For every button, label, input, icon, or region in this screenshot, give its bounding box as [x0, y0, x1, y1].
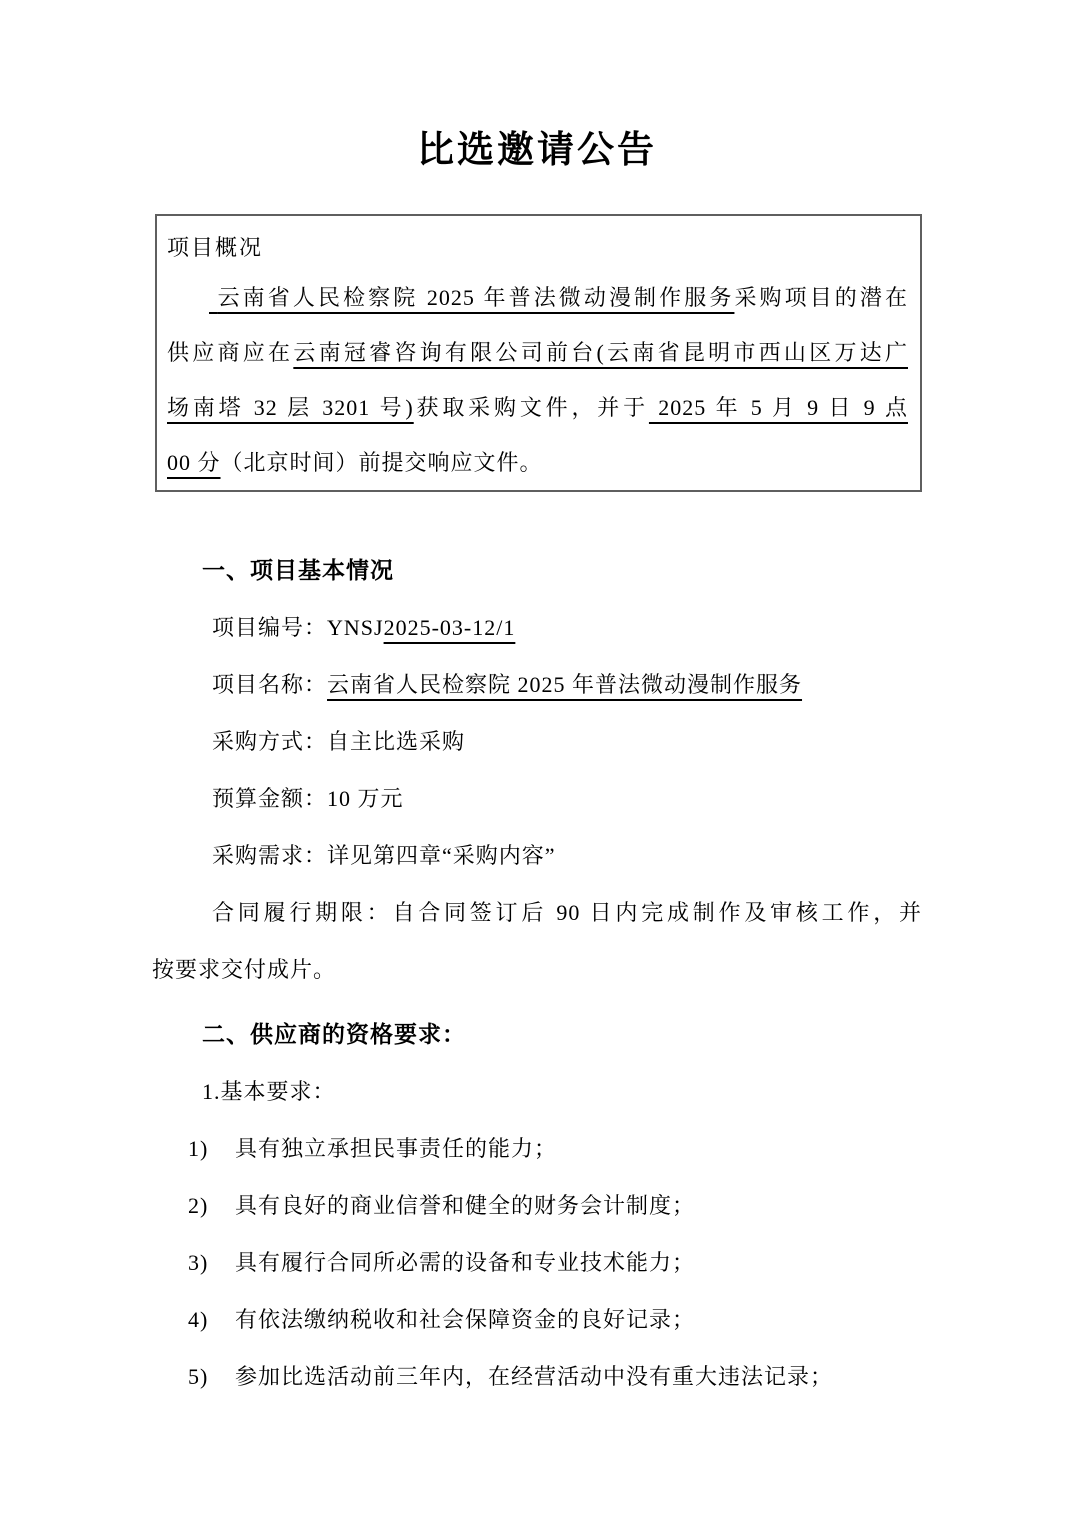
plain-text: 获取采购文件，并于: [414, 395, 649, 420]
list-item: 5)参加比选活动前三年内，在经营活动中没有重大违法记录；: [152, 1348, 922, 1405]
section-heading-basic-info: 一、项目基本情况: [152, 542, 922, 599]
list-item-text: 参加比选活动前三年内，在经营活动中没有重大违法记录；: [235, 1364, 833, 1389]
list-item-text: 有依法缴纳税收和社会保障资金的良好记录；: [235, 1307, 695, 1332]
list-item-number: 2): [188, 1177, 235, 1234]
underlined-agency-address: 云南冠睿咨询有限公司前台(云南省昆明市西山区万达广: [293, 340, 908, 365]
list-item: 3)具有履行合同所必需的设备和专业技术能力；: [152, 1234, 922, 1291]
row-project-name: 项目名称：云南省人民检察院 2025 年普法微动漫制作服务: [152, 656, 922, 713]
document-page: 比选邀请公告 项目概况 云南省人民检察院 2025 年普法微动漫制作服务采购项目…: [0, 0, 1074, 1520]
list-item-text: 具有履行合同所必需的设备和专业技术能力；: [235, 1250, 695, 1275]
list-item-number: 4): [188, 1291, 235, 1348]
underlined-project-number: 2025-03-12/1: [384, 615, 516, 640]
project-overview-box: 项目概况 云南省人民检察院 2025 年普法微动漫制作服务采购项目的潜在 供应商…: [155, 214, 922, 492]
list-item: 2)具有良好的商业信誉和健全的财务会计制度；: [152, 1177, 922, 1234]
overview-line: 供应商应在云南冠睿咨询有限公司前台(云南省昆明市西山区万达广: [167, 325, 908, 380]
overview-line: 00 分（北京时间）前提交响应文件。: [167, 435, 908, 490]
list-item-number: 1): [188, 1120, 235, 1177]
list-item-text: 具有良好的商业信誉和健全的财务会计制度；: [235, 1193, 695, 1218]
overview-line: 云南省人民检察院 2025 年普法微动漫制作服务采购项目的潜在: [167, 270, 908, 325]
row-contract-period-line1: 合同履行期限：自合同签订后 90 日内完成制作及审核工作，并: [152, 884, 922, 941]
plain-text: 采购项目的潜在: [734, 285, 908, 310]
section-heading-supplier-qualification: 二、供应商的资格要求：: [152, 1006, 922, 1063]
row-contract-period-line2: 按要求交付成片。: [152, 941, 922, 998]
underlined-project-name: 云南省人民检察院 2025 年普法微动漫制作服务: [327, 672, 802, 697]
list-item-text: 具有独立承担民事责任的能力；: [235, 1136, 557, 1161]
list-item: 1)具有独立承担民事责任的能力；: [152, 1120, 922, 1177]
underlined-project-name: 云南省人民检察院 2025 年普法微动漫制作服务: [209, 285, 734, 310]
overview-paragraph: 云南省人民检察院 2025 年普法微动漫制作服务采购项目的潜在 供应商应在云南冠…: [167, 270, 908, 490]
underlined-deadline: 2025 年 5 月 9 日 9 点: [649, 395, 908, 420]
list-item-number: 3): [188, 1234, 235, 1291]
overview-heading: 项目概况: [167, 226, 908, 270]
row-procurement-method: 采购方式：自主比选采购: [152, 713, 922, 770]
field-label: 项目编号：YNSJ: [212, 615, 384, 640]
row-project-number: 项目编号：YNSJ2025-03-12/1: [152, 599, 922, 656]
plain-text: 供应商应在: [167, 340, 293, 365]
underlined-deadline: 00 分: [167, 450, 221, 475]
sub-heading-basic-requirements: 1.基本要求：: [152, 1063, 922, 1120]
list-item: 4)有依法缴纳税收和社会保障资金的良好记录；: [152, 1291, 922, 1348]
underlined-agency-address: 场南塔 32 层 3201 号): [167, 395, 414, 420]
row-procurement-demand: 采购需求：详见第四章“采购内容”: [152, 827, 922, 884]
list-item-number: 5): [188, 1348, 235, 1405]
row-budget-amount: 预算金额：10 万元: [152, 770, 922, 827]
field-label: 项目名称：: [212, 672, 327, 697]
document-body: 一、项目基本情况 项目编号：YNSJ2025-03-12/1 项目名称：云南省人…: [152, 542, 922, 1405]
page-title: 比选邀请公告: [0, 0, 1074, 175]
overview-line: 场南塔 32 层 3201 号)获取采购文件，并于 2025 年 5 月 9 日…: [167, 380, 908, 435]
plain-text: （北京时间）前提交响应文件。: [221, 450, 543, 475]
